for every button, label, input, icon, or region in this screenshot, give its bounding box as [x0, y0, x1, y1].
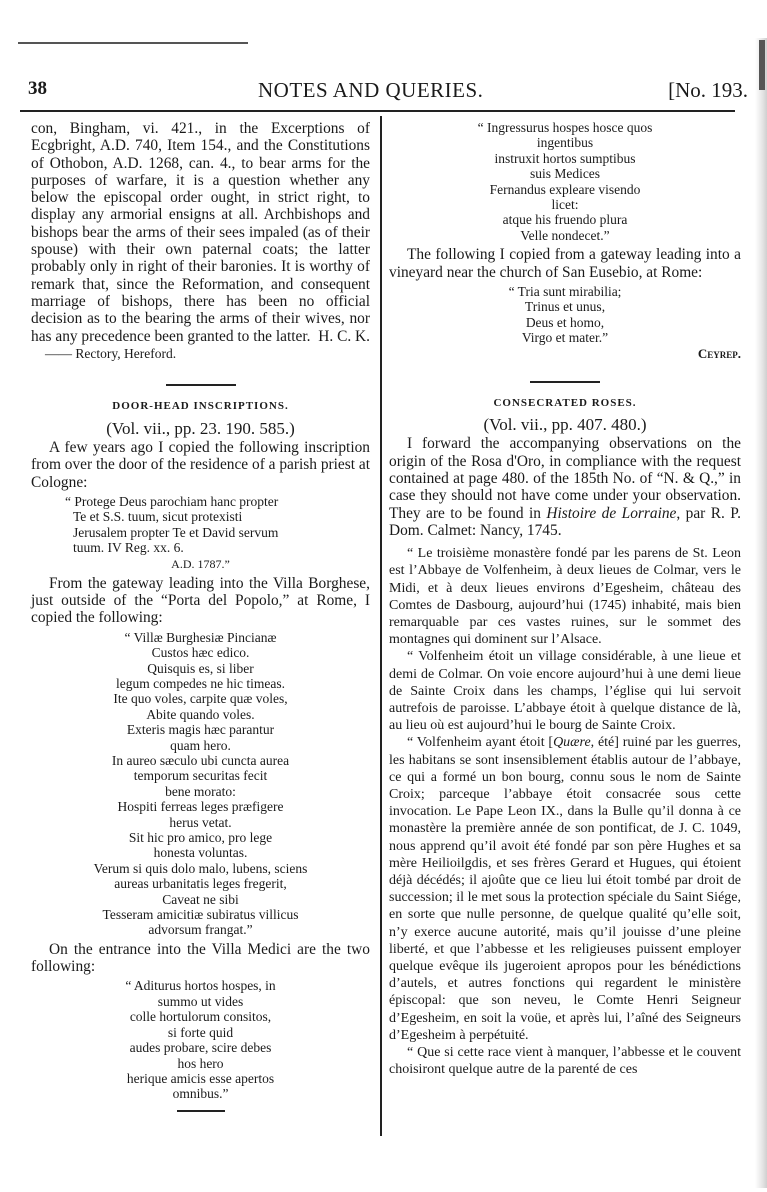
left-column: con, Bingham, vi. 421., in the Excerptio…	[31, 120, 370, 1112]
verse-line: Sit hic pro amico, pro lege	[31, 830, 370, 845]
quote-italic: Quære	[553, 735, 591, 750]
verse-line: Hospiti ferreas leges præfigere	[31, 799, 370, 814]
verse-line: herique amicis esse apertos	[31, 1071, 370, 1086]
verse-line: tuum. IV Reg. xx. 6.	[65, 540, 370, 555]
verse-line: instruxit hortos sumptibus	[389, 151, 741, 166]
verse-line: “ Protege Deus parochiam hanc propter	[65, 494, 370, 509]
eusebio-intro: The following I copied from a gateway le…	[389, 246, 741, 281]
verse-line: honesta voluntas.	[31, 845, 370, 860]
verse-line: Caveat ne sibi	[31, 892, 370, 907]
column-divider	[380, 116, 382, 1136]
page-number: 38	[28, 78, 47, 100]
verse-line: Tesseram amicitiæ subiratus villicus	[31, 907, 370, 922]
verse-line: temporum securitas fecit	[31, 768, 370, 783]
roses-intro: I forward the accompanying observations …	[389, 435, 741, 539]
verse-line: suis Medices	[389, 166, 741, 181]
verse-line: Abite quando voles.	[31, 707, 370, 722]
inscription-separator	[177, 1110, 225, 1112]
verse-line: hos hero	[31, 1056, 370, 1071]
continuation-paragraph: con, Bingham, vi. 421., in the Excerptio…	[31, 120, 370, 345]
quote-text: “ Volfenheim ayant étoit [	[407, 735, 553, 750]
section-separator	[530, 381, 600, 383]
page-edge-shadow	[755, 38, 767, 1188]
verse-line: legum compedes ne hic timeas.	[31, 676, 370, 691]
verse-line: Virgo et mater.”	[389, 330, 741, 345]
section-separator	[166, 384, 236, 386]
cologne-date: A.D. 1787.”	[31, 556, 370, 573]
verse-line: Quisquis es, si liber	[31, 661, 370, 676]
verse-line: summo ut vides	[31, 994, 370, 1009]
book-title: Histoire de Lorraine	[546, 505, 676, 522]
quote-text: , été] ruiné par les guerres, les habita…	[389, 735, 741, 1042]
section-reference: (Vol. vii., pp. 23. 190. 585.)	[31, 420, 370, 437]
medici-inscription-1: “ Aditurus hortos hospes, in summo ut vi…	[31, 978, 370, 1101]
header-rule	[20, 110, 735, 112]
verse-line: atque his fruendo plura	[389, 212, 741, 227]
verse-line: “ Ingressurus hospes hosce quos	[389, 120, 741, 135]
verse-line: Trinus et unus,	[389, 299, 741, 314]
verse-line: advorsum frangat.”	[31, 922, 370, 937]
verse-line: Ite quo voles, carpite quæ voles,	[31, 691, 370, 706]
verse-line: “ Aditurus hortos hospes, in	[31, 978, 370, 993]
medici-intro: On the entrance into the Villa Medici ar…	[31, 941, 370, 976]
cologne-inscription: “ Protege Deus parochiam hanc propter Te…	[31, 494, 370, 556]
verse-line: omnibus.”	[31, 1086, 370, 1101]
right-column: “ Ingressurus hospes hosce quos ingentib…	[389, 120, 741, 1078]
section-heading-consecrated-roses: CONSECRATED ROSES.	[389, 395, 741, 412]
verse-line: si forte quid	[31, 1025, 370, 1040]
verse-line: licet:	[389, 197, 741, 212]
verse-line: Verum si quis dolo malo, lubens, sciens	[31, 861, 370, 876]
verse-line: Custos hæc edico.	[31, 645, 370, 660]
verse-line: Exteris magis hæc parantur	[31, 722, 370, 737]
section-reference: (Vol. vii., pp. 407. 480.)	[389, 416, 741, 433]
borghese-intro: From the gateway leading into the Villa …	[31, 575, 370, 627]
verse-line: herus vetat.	[31, 815, 370, 830]
page-edge-mark	[759, 40, 765, 90]
french-quote-4: “ Que si cette race vient à manquer, l’a…	[389, 1044, 741, 1078]
journal-title: NOTES AND QUERIES.	[258, 78, 483, 103]
verse-line: colle hortulorum consitos,	[31, 1009, 370, 1024]
verse-line: Te et S.S. tuum, sicut protexisti	[65, 509, 370, 524]
top-printer-rule	[18, 42, 248, 44]
french-quote-3: “ Volfenheim ayant étoit [Quære, été] ru…	[389, 734, 741, 1044]
issue-number: [No. 193.	[668, 78, 748, 103]
verse-line: “ Villæ Burghesiæ Pincianæ	[31, 630, 370, 645]
verse-line: ingentibus	[389, 135, 741, 150]
signature-place: —— Rectory, Hereford.	[31, 345, 370, 362]
running-header: 38 NOTES AND QUERIES. [No. 193.	[28, 78, 748, 104]
verse-line: Fernandus expleare visendo	[389, 182, 741, 197]
borghese-inscription: “ Villæ Burghesiæ Pincianæ Custos hæc ed…	[31, 630, 370, 938]
verse-line: Jerusalem propter Te et David servum	[65, 525, 370, 540]
french-quote-1: “ Le troisième monastère fondé par les p…	[389, 545, 741, 648]
french-quote-2: “ Volfenheim étoit un village considérab…	[389, 648, 741, 734]
cologne-intro: A few years ago I copied the following i…	[31, 439, 370, 491]
verse-line: Deus et homo,	[389, 315, 741, 330]
section-heading-door-head: DOOR-HEAD INSCRIPTIONS.	[31, 398, 370, 415]
medici-inscription-2: “ Ingressurus hospes hosce quos ingentib…	[389, 120, 741, 243]
eusebio-inscription: “ Tria sunt mirabilia; Trinus et unus, D…	[389, 284, 741, 346]
verse-line: Velle nondecet.”	[389, 228, 741, 243]
verse-line: bene morato:	[31, 784, 370, 799]
verse-line: aureas urbanitatis leges fregerit,	[31, 876, 370, 891]
verse-line: In aureo sæculo ubi cuncta aurea	[31, 753, 370, 768]
verse-line: quam hero.	[31, 738, 370, 753]
verse-line: “ Tria sunt mirabilia;	[389, 284, 741, 299]
verse-line: audes probare, scire debes	[31, 1040, 370, 1055]
signature-ceyrep: Ceyrep.	[389, 345, 741, 362]
